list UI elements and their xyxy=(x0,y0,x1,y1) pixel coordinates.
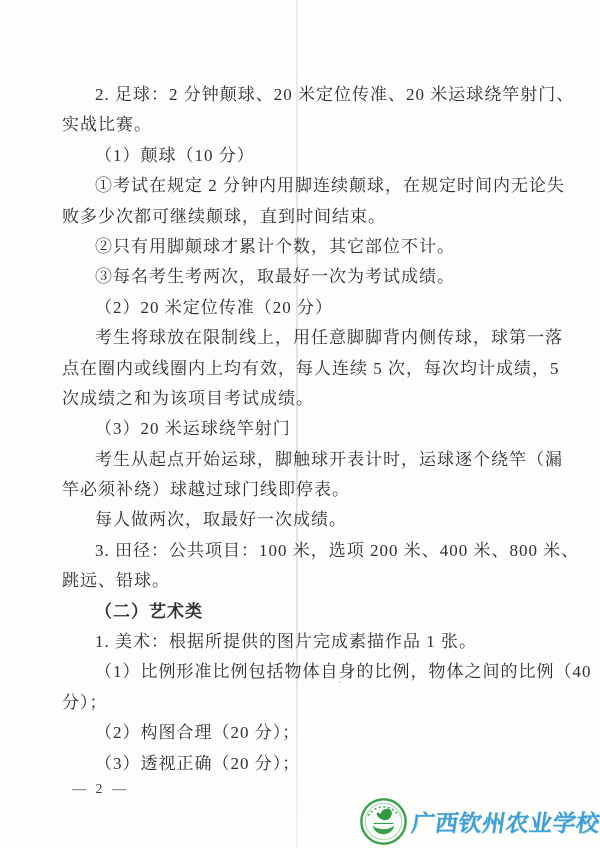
text-line: （3）20 米运球绕竿射门 xyxy=(62,414,546,444)
text-line: 2. 足球：2 分钟颠球、20 米定位传准、20 米运球绕竿射门、 xyxy=(62,80,546,110)
page-number: — 2 — xyxy=(72,782,129,798)
text-line: 点在圈内或线圈内上均有效，每人连续 5 次，每次均计成绩，5 xyxy=(62,354,546,384)
text-line: 跳远、铅球。 xyxy=(62,566,546,596)
text-line: 考生从起点开始运球，脚触球开表计时，运球逐个绕竿（漏 xyxy=(62,445,546,475)
school-emblem-icon xyxy=(359,797,408,846)
text-line: ①考试在规定 2 分钟内用脚连续颠球，在规定时间内无论失 xyxy=(62,171,546,201)
text-line: 实战比赛。 xyxy=(62,110,546,140)
text-line: （1）颠球（10 分） xyxy=(62,141,546,171)
text-line: （3）透视正确（20 分）； xyxy=(62,749,546,779)
text-line: 1. 美术：根据所提供的图片完成素描作品 1 张。 xyxy=(62,627,546,657)
text-line: 分）； xyxy=(62,688,546,718)
text-line: （2）构图合理（20 分）； xyxy=(62,718,546,748)
text-line: 败多少次都可继续颠球，直到时间结束。 xyxy=(62,202,546,232)
text-line: 竿必须补绕）球越过球门线即停表。 xyxy=(62,475,546,505)
text-line: ③每名考生考两次，取最好一次为考试成绩。 xyxy=(62,262,546,292)
text-line: ②只有用脚颠球才累计个数，其它部位不计。 xyxy=(62,232,546,262)
document-body: 2. 足球：2 分钟颠球、20 米定位传准、20 米运球绕竿射门、 实战比赛。 … xyxy=(62,80,546,779)
text-line: 3. 田径：公共项目：100 米，选项 200 米、400 米、800 米、 xyxy=(62,536,546,566)
text-line: （1）比例形准比例包括物体自身的比例，物体之间的比例（40 xyxy=(62,657,546,687)
scanned-document-page: 2. 足球：2 分钟颠球、20 米定位传准、20 米运球绕竿射门、 实战比赛。 … xyxy=(0,0,600,848)
section-heading-arts: （二）艺术类 xyxy=(62,597,546,627)
text-line: 次成绩之和为该项目考试成绩。 xyxy=(62,384,546,414)
text-line: 考生将球放在限制线上，用任意脚脚背内侧传球，球第一落 xyxy=(62,323,546,353)
text-line: （2）20 米定位传准（20 分） xyxy=(62,293,546,323)
text-line: 每人做两次，取最好一次成绩。 xyxy=(62,505,546,535)
school-watermark: 广西钦州农业学校 xyxy=(359,796,600,846)
school-name-watermark: 广西钦州农业学校 xyxy=(410,805,600,838)
